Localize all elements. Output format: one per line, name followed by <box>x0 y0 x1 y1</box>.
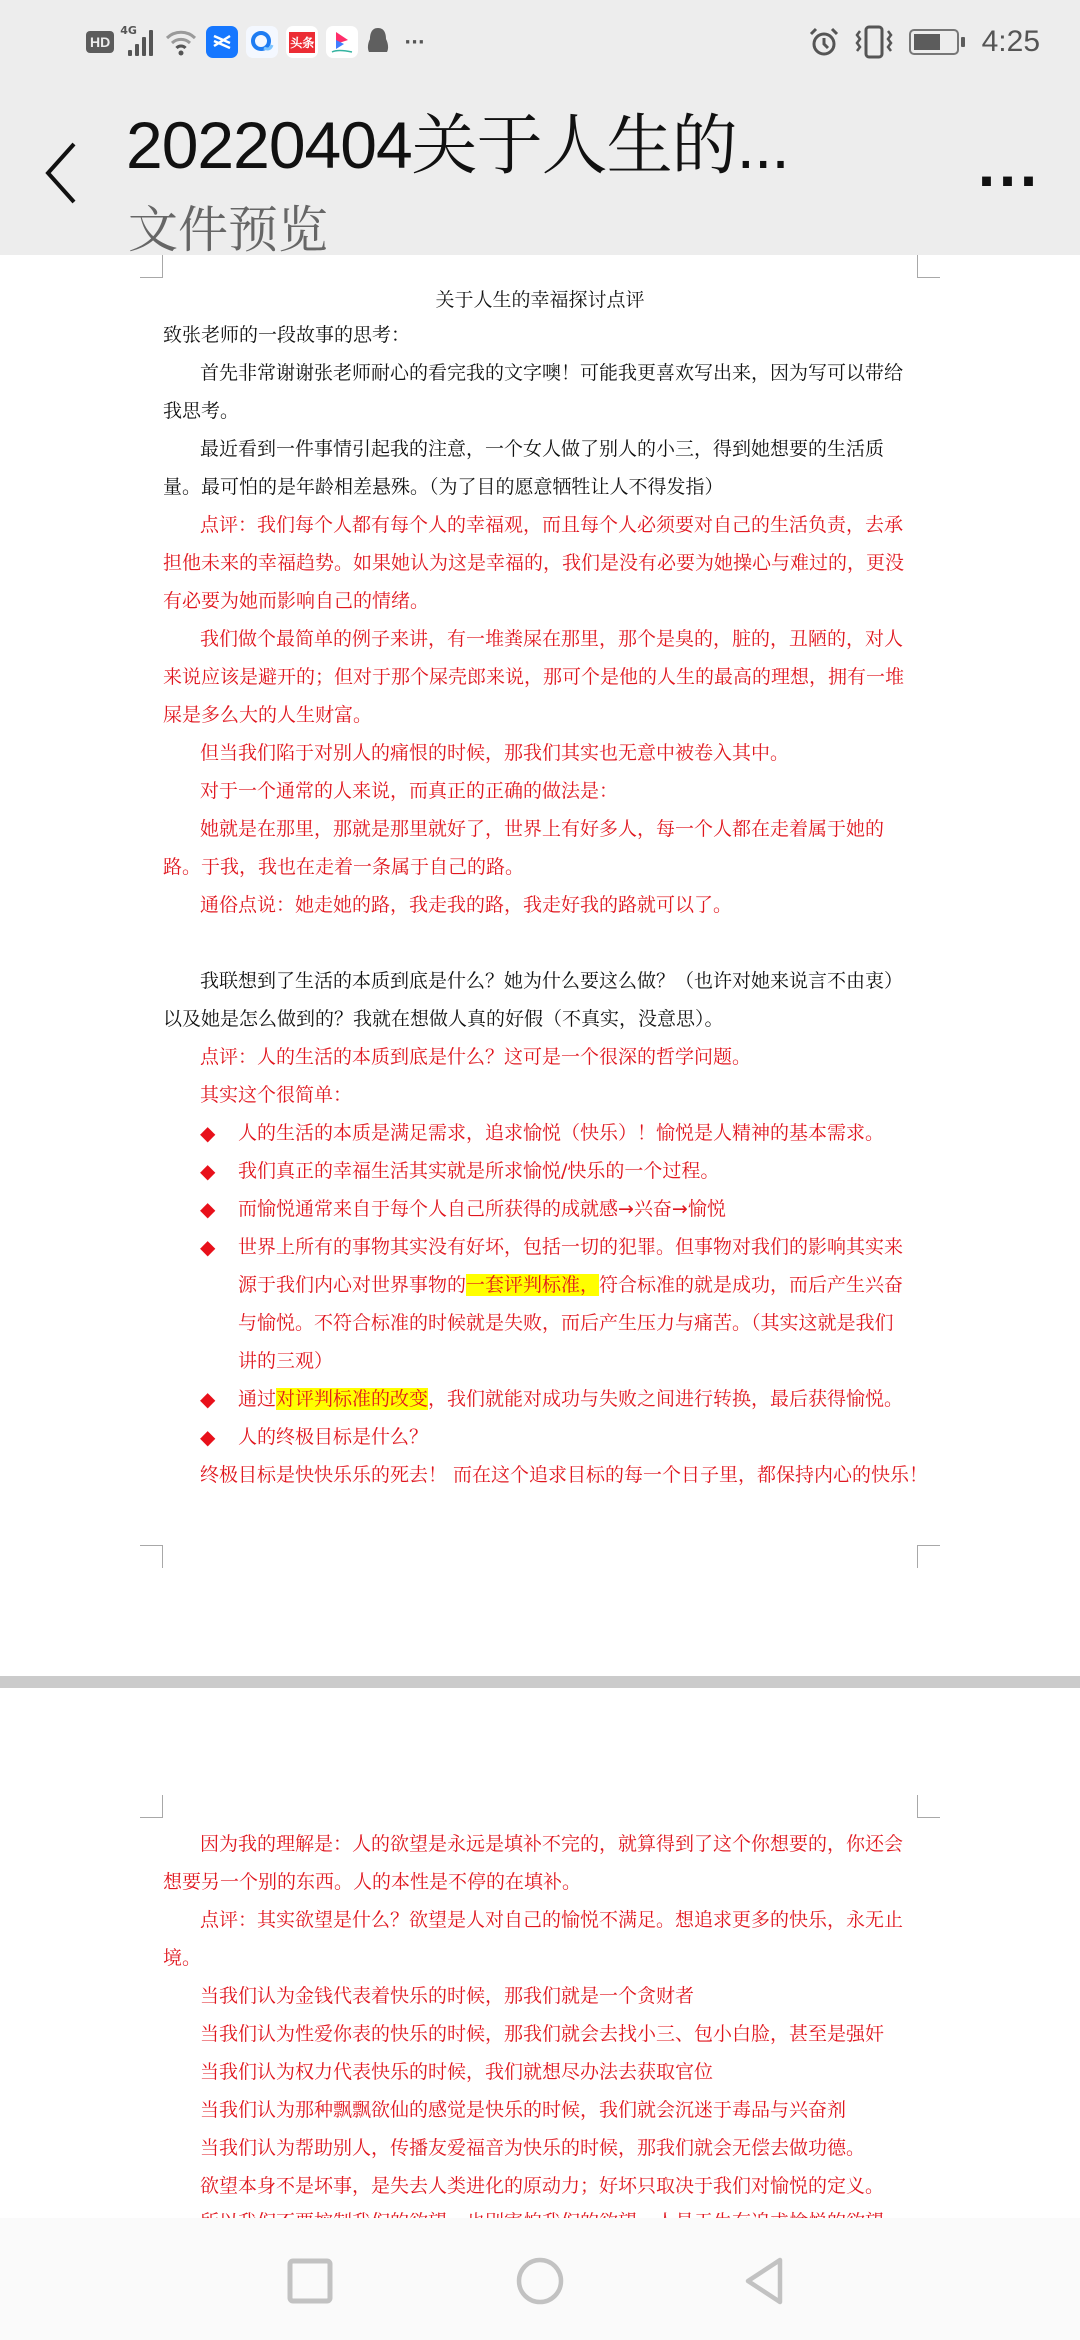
page-margin-mark <box>917 255 940 278</box>
page-separator <box>0 1676 1080 1688</box>
page-margin-mark <box>917 1545 940 1568</box>
vibrate-icon <box>854 25 894 59</box>
diamond-bullet-icon: ◆ <box>200 1387 215 1411</box>
toutiao-notification-icon: 头条 <box>286 26 318 58</box>
video-app-notification-icon <box>326 26 358 58</box>
comment-line: 境。 <box>163 1946 201 1970</box>
page-subtitle: 文件预览 <box>128 190 328 262</box>
highlighted-text: 对评判标准的改变 <box>276 1388 428 1410</box>
bullet-text: 世界上所有的事物其实没有好坏，包括一切的犯罪。但事物对我们的影响其实来 <box>238 1235 903 1259</box>
comment-line: 通俗点说：她走她的路，我走我的路，我走好我的路就可以了。 <box>200 893 732 917</box>
comment-line: 其实这个很简单： <box>200 1083 352 1107</box>
bullet-text: 通过对评判标准的改变，我们就能对成功与失败之间进行转换，最后获得愉悦。 <box>238 1387 903 1411</box>
chevron-left-icon[interactable] <box>40 138 80 208</box>
app-header: 20220404关于人生的... 文件预览 ... <box>0 80 1080 255</box>
app-notification-icon <box>206 26 238 58</box>
document-title: 关于人生的幸福探讨点评 <box>0 285 1080 312</box>
status-left-icons: HD 4G 头条 ··· <box>86 22 425 62</box>
doc-line: 首先非常谢谢张老师耐心的看完我的文字噢！可能我更喜欢写出来，因为写可以带给 <box>200 361 903 385</box>
bullet-text: 讲的三观） <box>238 1349 333 1373</box>
home-button[interactable] <box>515 2256 565 2306</box>
comment-line: 屎是多么大的人生财富。 <box>163 703 372 727</box>
doc-line: 量。最可怕的是年龄相差悬殊。（为了目的愿意牺牲让人不得发指） <box>163 475 724 499</box>
page-margin-mark <box>140 255 163 278</box>
more-notifications-icon: ··· <box>404 32 425 53</box>
comment-line: 因为我的理解是：人的欲望是永远是填补不完的，就算得到了这个你想要的，你还会 <box>200 1832 903 1856</box>
4g-signal-icon: 4G <box>122 28 156 56</box>
bullet-text: 而愉悦通常来自于每个人自己所获得的成就感→兴奋→愉悦 <box>238 1197 726 1221</box>
comment-line: 当我们认为帮助别人，传播友爱福音为快乐的时候，那我们就会无偿去做功德。 <box>200 2136 865 2160</box>
browser-notification-icon <box>246 26 278 58</box>
diamond-bullet-icon: ◆ <box>200 1197 215 1221</box>
comment-line: 想要另一个别的东西。人的本性是不停的在填补。 <box>163 1870 581 1894</box>
system-nav-bar <box>0 2218 1080 2340</box>
comment-line: 欲望本身不是坏事，是失去人类进化的原动力；好坏只取决于我们对愉悦的定义。 <box>200 2174 884 2198</box>
doc-line: 以及她是怎么做到的？我就在想做人真的好假（不真实，没意思）。 <box>163 1007 724 1031</box>
file-title: 20220404关于人生的... <box>126 92 789 187</box>
status-bar: HD 4G 头条 ··· <box>0 0 1080 80</box>
comment-line: 所以我们不要控制我们的欲望，也别害怕我们的欲望，人是天生有追求愉悦的欲望 <box>200 2210 884 2218</box>
bullet-text: 人的终极目标是什么？ <box>238 1425 428 1449</box>
page-margin-mark <box>140 1545 163 1568</box>
comment-line: 点评：我们每个人都有每个人的幸福观，而且每个人必须要对自己的生活负责，去承 <box>200 513 903 537</box>
back-button[interactable] <box>740 2256 790 2306</box>
bullet-text: 我们真正的幸福生活其实就是所求愉悦/快乐的一个过程。 <box>238 1159 719 1183</box>
diamond-bullet-icon: ◆ <box>200 1159 215 1183</box>
highlighted-text: 一套评判标准， <box>466 1274 599 1296</box>
document-preview[interactable]: 关于人生的幸福探讨点评 致张老师的一段故事的思考： 首先非常谢谢张老师耐心的看完… <box>0 255 1080 2218</box>
clock: 4:25 <box>982 25 1040 59</box>
diamond-bullet-icon: ◆ <box>200 1425 215 1449</box>
comment-line: 我们做个最简单的例子来讲，有一堆粪屎在那里，那个是臭的，脏的，丑陋的，对人 <box>200 627 903 651</box>
battery-icon <box>908 27 968 57</box>
comment-line: 点评：其实欲望是什么？欲望是人对自己的愉悦不满足。想追求更多的快乐，永无止 <box>200 1908 903 1932</box>
doc-line: 致张老师的一段故事的思考： <box>163 323 410 347</box>
comment-line: 当我们认为那种飘飘欲仙的感觉是快乐的时候，我们就会沉迷于毒品与兴奋剂 <box>200 2098 846 2122</box>
diamond-bullet-icon: ◆ <box>200 1121 215 1145</box>
bullet-text: 源于我们内心对世界事物的一套评判标准，符合标准的就是成功，而后产生兴奋 <box>238 1273 903 1297</box>
comment-line: 对于一个通常的人来说，而真正的正确的做法是： <box>200 779 618 803</box>
qq-notification-icon <box>366 26 390 58</box>
doc-line: 最近看到一件事情引起我的注意，一个女人做了别人的小三，得到她想要的生活质 <box>200 437 884 461</box>
hd-icon: HD <box>86 31 114 53</box>
diamond-bullet-icon: ◆ <box>200 1235 215 1259</box>
comment-line: 有必要为她而影响自己的情绪。 <box>163 589 429 613</box>
comment-line: 点评：人的生活的本质到底是什么？这可是一个很深的哲学问题。 <box>200 1045 751 1069</box>
comment-line: 当我们认为金钱代表着快乐的时候，那我们就是一个贪财者 <box>200 1984 694 2008</box>
comment-line: 路。于我，我也在走着一条属于自己的路。 <box>163 855 524 879</box>
comment-line: 但当我们陷于对别人的痛恨的时候，那我们其实也无意中被卷入其中。 <box>200 741 789 765</box>
bullet-text: 与愉悦。不符合标准的时候就是失败，而后产生压力与痛苦。（其实这就是我们 <box>238 1311 894 1335</box>
closing-line: 终极目标是快快乐乐的死去！ 而在这个追求目标的每一个日子里，都保持内心的快乐！ <box>200 1463 928 1487</box>
wifi-icon <box>164 27 198 57</box>
doc-line: 我思考。 <box>163 399 239 423</box>
status-right-icons: 4:25 <box>808 20 1040 64</box>
comment-line: 她就是在那里，那就是那里就好了，世界上有好多人，每一个人都在走着属于她的 <box>200 817 884 841</box>
more-horizontal-icon[interactable]: ... <box>977 140 1040 198</box>
doc-line: 我联想到了生活的本质到底是什么？她为什么要这么做？（也许对她来说言不由衷） <box>200 969 903 993</box>
alarm-icon <box>808 26 840 58</box>
comment-line: 担他未来的幸福趋势。如果她认为这是幸福的，我们是没有必要为她操心与难过的，更没 <box>163 551 904 575</box>
page-margin-mark <box>140 1795 163 1818</box>
comment-line: 当我们认为权力代表快乐的时候，我们就想尽办法去获取官位 <box>200 2060 713 2084</box>
bullet-text: 人的生活的本质是满足需求，追求愉悦（快乐）！愉悦是人精神的基本需求。 <box>238 1121 884 1145</box>
comment-line: 当我们认为性爱你表的快乐的时候，那我们就会去找小三、包小白脸，甚至是强奸 <box>200 2022 884 2046</box>
comment-line: 来说应该是避开的；但对于那个屎壳郎来说，那可个是他的人生的最高的理想，拥有一堆 <box>163 665 904 689</box>
page-margin-mark <box>917 1795 940 1818</box>
recent-apps-button[interactable] <box>285 2256 335 2306</box>
